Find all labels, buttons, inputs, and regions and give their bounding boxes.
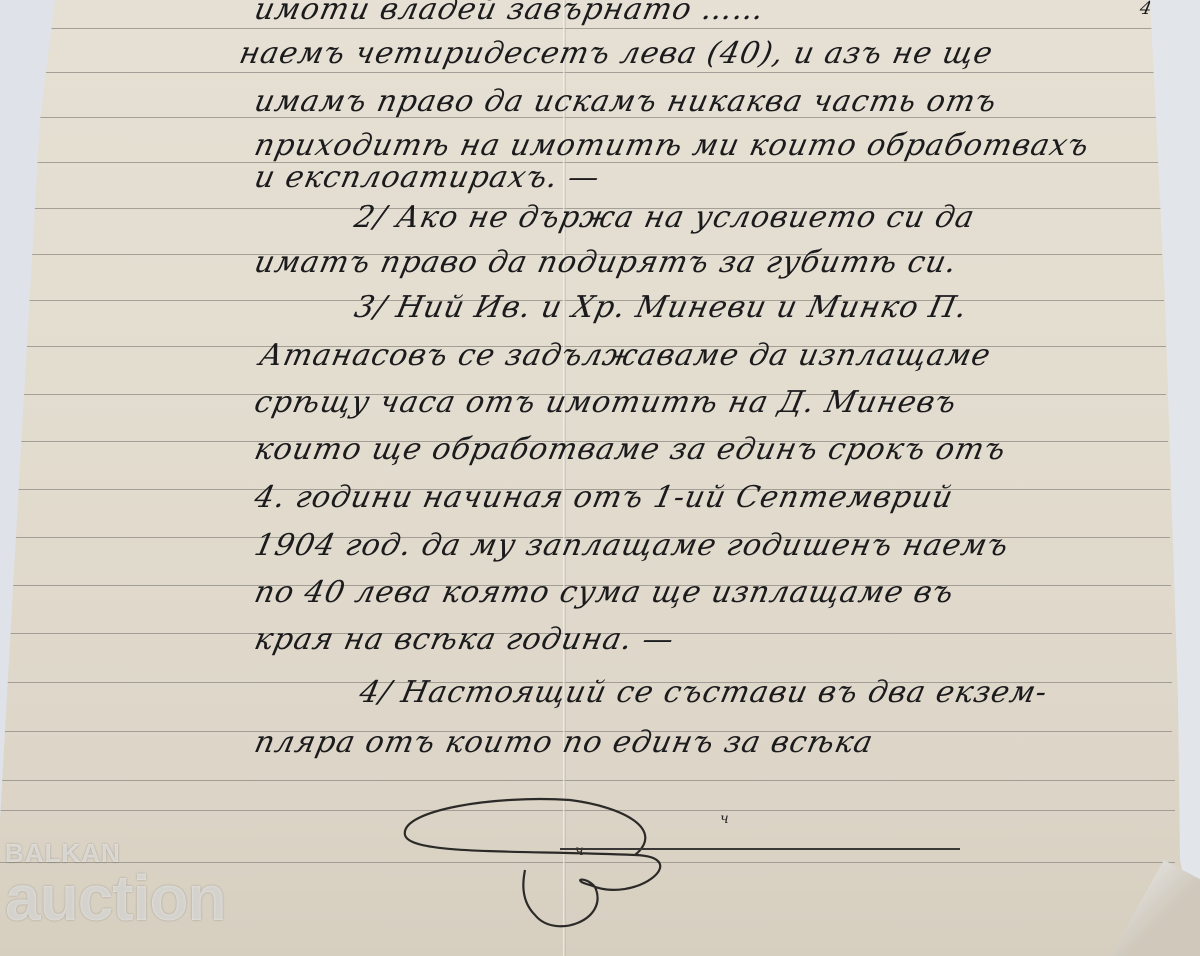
handwritten-line: по 40 лева която сума ще изплащаме въ [251,575,957,610]
handwritten-line: 1904 год. да му заплащаме годишенъ наемъ [251,528,1012,563]
handwritten-line: които ще обработваме за единъ срокъ отъ [251,432,1009,467]
signature-underline [560,848,960,850]
watermark-logo: BALKAN auction [5,840,226,930]
handwritten-line: 4. години начиная отъ 1-ий Септемврий [251,480,956,515]
handwritten-line: имамъ право да искамъ никаква часть отъ [251,84,1000,119]
handwritten-line: иматъ право да подирятъ за губитѣ си. [251,245,960,280]
handwritten-line: срѣщу часа отъ имотитѣ на Д. Миневъ [251,385,960,420]
handwritten-line: края на всѣка година. — [251,622,677,657]
handwritten-line: 2/ Ако не държа на условието си да [351,200,978,235]
handwritten-line: наемъ четиридесетъ лева (40), и азъ не щ… [236,36,996,71]
ruled-line [40,28,1160,29]
handwritten-line: пляра отъ които по единъ за всѣка [251,725,876,760]
watermark-bottom-text: auction [5,866,226,930]
handwritten-line: и експлоатирахъ. — [251,160,603,195]
svg-text:ч: ч [575,843,584,859]
handwritten-line: 4/ Настоящий се състави въ два екзем- [356,675,1051,710]
signature-flourish: ч ч [395,795,795,935]
ruled-line [35,72,1160,73]
document-paper: имоти владей завърнато …… наемъ четириде… [0,0,1200,956]
ruled-line [0,780,1175,781]
svg-text:ч: ч [720,811,729,827]
handwritten-line: 3/ Ний Ив. и Хр. Миневи и Минко П. [351,290,970,325]
handwritten-line: приходитѣ на имотитѣ ми които обработвах… [251,128,1092,163]
handwritten-line: имоти владей завърнато …… [251,0,768,27]
handwritten-line: Атанасовъ се задължаваме да изплащаме [256,338,994,373]
